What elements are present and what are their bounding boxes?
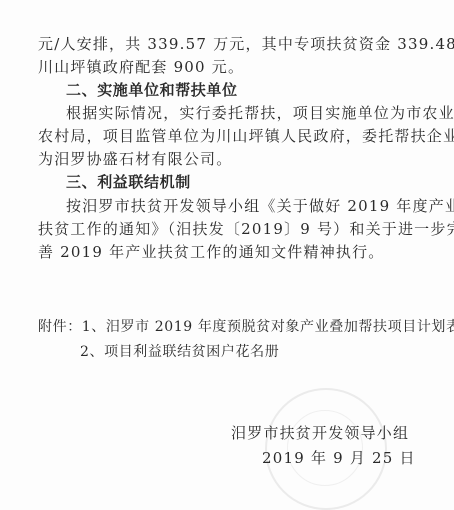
signature-date: 2019 年 9 月 25 日 <box>262 448 416 468</box>
paragraph-line: 按汨罗市扶贫开发领导小组《关于做好 2019 年度产业 <box>66 196 454 216</box>
attachment-item: 2、项目利益联结贫困户花名册 <box>80 342 279 362</box>
section-heading: 三、利益联结机制 <box>66 172 191 192</box>
signature-org: 汨罗市扶贫开发领导小组 <box>231 423 409 443</box>
document-page: 元/人安排，共 339.57 万元，其中专项扶贫资金 339.48 万元， 川山… <box>0 0 454 510</box>
paragraph-line: 农村局，项目监管单位为川山坪镇人民政府，委托帮扶企业 <box>38 126 454 146</box>
attachment-item: 附件：1、汨罗市 2019 年度预脱贫对象产业叠加帮扶项目计划表 <box>38 317 454 337</box>
section-heading: 二、实施单位和帮扶单位 <box>66 80 238 100</box>
paragraph-line: 为汨罗协盛石材有限公司。 <box>38 149 232 169</box>
paragraph-line: 根据实际情况，实行委托帮扶，项目实施单位为市农业 <box>66 103 454 123</box>
paragraph-line: 善 2019 年产业扶贫工作的通知文件精神执行。 <box>38 242 385 262</box>
paragraph-line: 扶贫工作的通知》（汨扶发〔2019〕9 号）和关于进一步完 <box>38 219 454 239</box>
paragraph-line: 元/人安排，共 339.57 万元，其中专项扶贫资金 339.48 万元， <box>38 34 454 54</box>
paragraph-line: 川山坪镇政府配套 900 元。 <box>38 57 244 77</box>
